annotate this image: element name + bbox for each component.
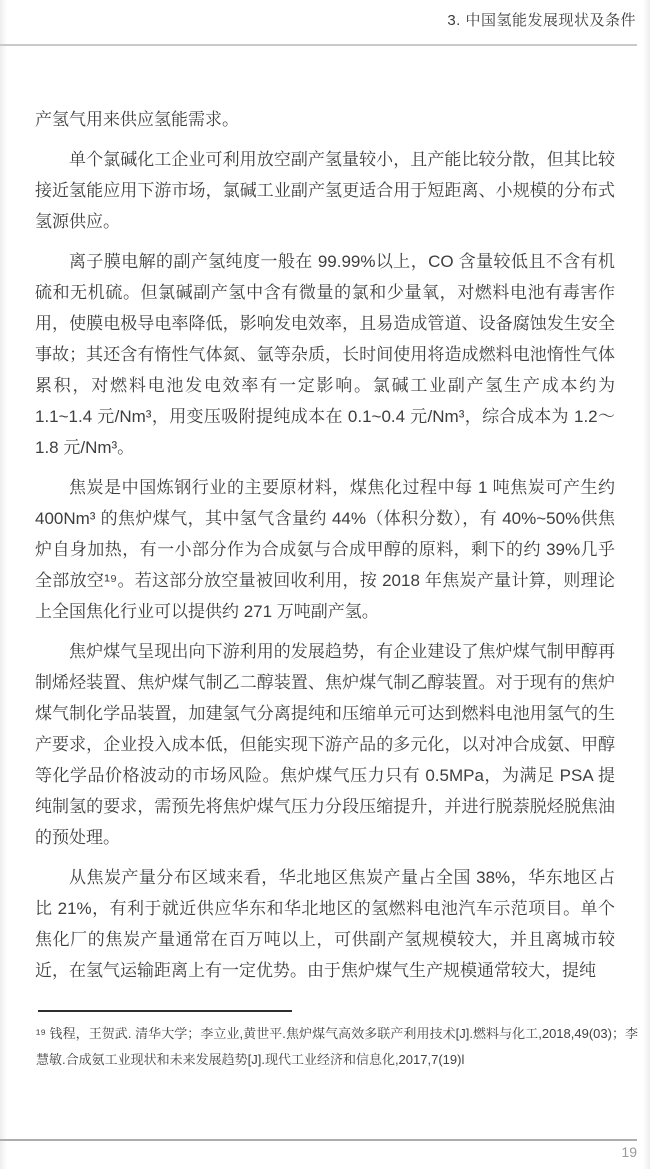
- running-header-title: 3. 中国氢能发展现状及条件: [447, 9, 636, 30]
- header-divider: [0, 44, 637, 46]
- document-page: 3. 中国氢能发展现状及条件 产氢气用来供应氢能需求。 单个氯碱化工企业可利用放…: [0, 0, 650, 1169]
- page-number: 19: [621, 1144, 637, 1160]
- footer-divider: [0, 1139, 637, 1141]
- page-right-edge-shadow: [643, 0, 650, 1169]
- paragraph: 从焦炭产量分布区域来看，华北地区焦炭产量占全国 38%，华东地区占比 21%，有…: [35, 862, 615, 986]
- footnote-text: ¹⁹ 钱程，王贺武. 清华大学；李立业,黄世平.焦炉煤气高效多联产利用技术[J]…: [36, 1021, 638, 1073]
- paragraph: 焦炉煤气呈现出向下游利用的发展趋势，有企业建设了焦炉煤气制甲醇再制烯烃装置、焦炉…: [35, 636, 615, 853]
- body-text: 产氢气用来供应氢能需求。 单个氯碱化工企业可利用放空副产氢量较小，且产能比较分散…: [35, 104, 615, 995]
- paragraph: 单个氯碱化工企业可利用放空副产氢量较小，且产能比较分散，但其比较接近氢能应用下游…: [35, 144, 615, 237]
- page-left-edge-shadow: [0, 0, 7, 1169]
- paragraph: 离子膜电解的副产氢纯度一般在 99.99%以上，CO 含量较低且不含有机硫和无机…: [35, 246, 615, 463]
- paragraph: 焦炭是中国炼钢行业的主要原材料，煤焦化过程中每 1 吨焦炭可产生约 400Nm³…: [35, 472, 615, 627]
- footnote-divider: [38, 1010, 292, 1012]
- paragraph: 产氢气用来供应氢能需求。: [35, 104, 615, 135]
